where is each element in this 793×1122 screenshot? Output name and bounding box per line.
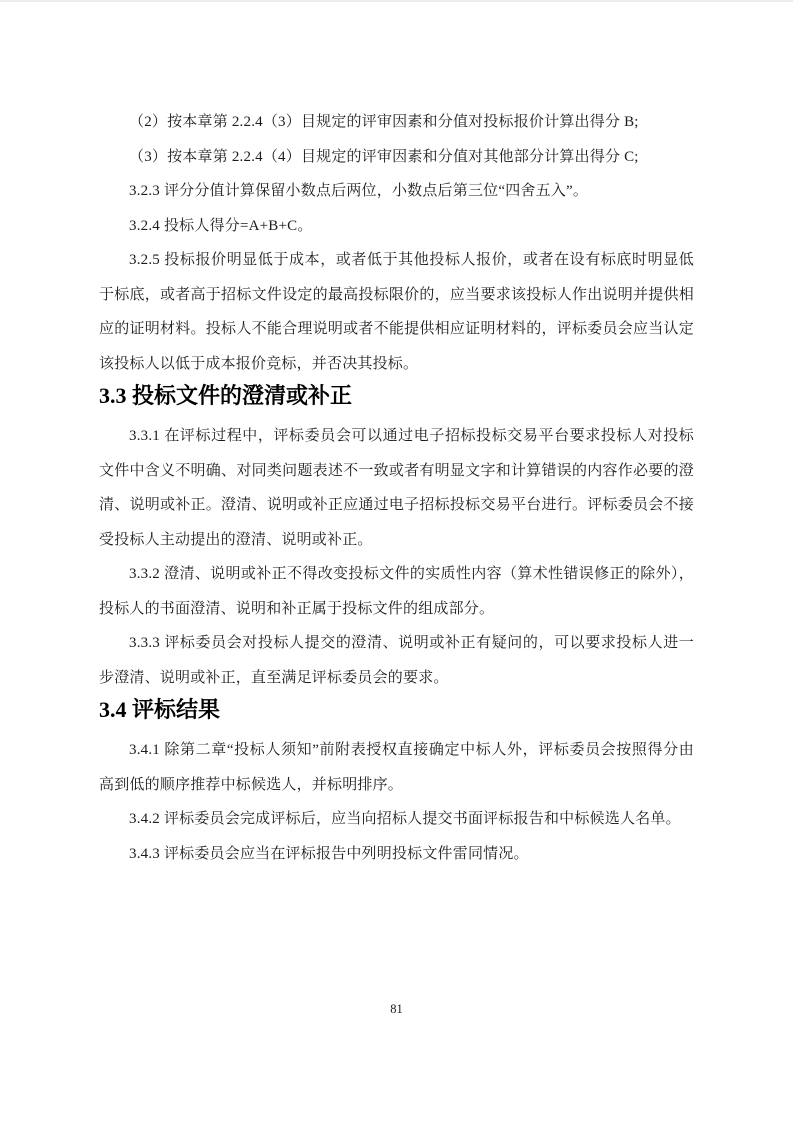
document-body: （2）按本章第 2.2.4（3）目规定的评审因素和分值对投标报价计算出得分 B;… [99,2,694,871]
section-3-4-heading: 3.4 评标结果 [99,695,694,725]
clause-3-4-1-paragraph: 3.4.1 除第二章“投标人须知”前附表授权直接确定中标人外，评标委员会按照得分… [99,733,694,802]
clause-3-4-2-paragraph: 3.4.2 评标委员会完成评标后，应当向招标人提交书面评标报告和中标候选人名单。 [99,802,694,837]
clause-3-2-5-paragraph: 3.2.5 投标报价明显低于成本，或者低于其他投标人报价，或者在设有标底时明显低… [99,243,694,381]
clause-3-2-4-paragraph: 3.2.4 投标人得分=A+B+C。 [99,209,694,244]
document-page: （2）按本章第 2.2.4（3）目规定的评审因素和分值对投标报价计算出得分 B;… [0,0,793,1122]
page-number: 81 [0,1002,793,1017]
section-3-3-heading: 3.3 投标文件的澄清或补正 [99,381,694,411]
clause-3-3-2-paragraph: 3.3.2 澄清、说明或补正不得改变投标文件的实质性内容（算术性错误修正的除外）… [99,557,694,626]
clause-3-3-3-paragraph: 3.3.3 评标委员会对投标人提交的澄清、说明或补正有疑问的，可以要求投标人进一… [99,626,694,695]
clause-2-2-4-4-item: （3）按本章第 2.2.4（4）目规定的评审因素和分值对其他部分计算出得分 C; [99,140,694,175]
clause-3-3-1-paragraph: 3.3.1 在评标过程中，评标委员会可以通过电子招标投标交易平台要求投标人对投标… [99,419,694,557]
clause-3-4-3-paragraph: 3.4.3 评标委员会应当在评标报告中列明投标文件雷同情况。 [99,837,694,872]
clause-3-2-3-paragraph: 3.2.3 评分分值计算保留小数点后两位，小数点后第三位“四舍五入”。 [99,174,694,209]
clause-2-2-4-3-item: （2）按本章第 2.2.4（3）目规定的评审因素和分值对投标报价计算出得分 B; [99,105,694,140]
